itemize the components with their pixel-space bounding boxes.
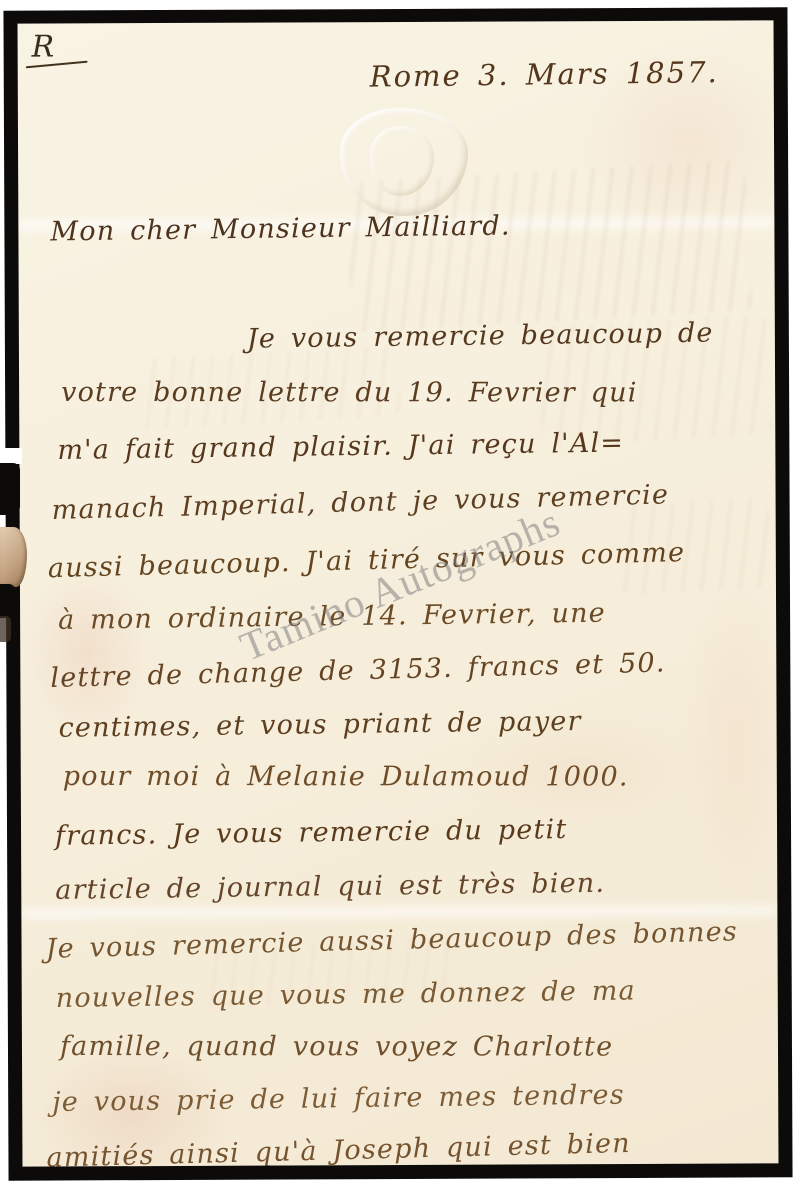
letter-line: lettre de change de 3153. francs et 50. — [50, 648, 666, 693]
paper-stain — [680, 580, 779, 900]
letter-line: Je vous remercie aussi beaucoup des bonn… — [45, 917, 738, 964]
letter-line: m'a fait grand plaisir. J'ai reçu l'Al= — [57, 429, 624, 466]
salutation: Mon cher Monsieur Mailliard. — [50, 211, 511, 247]
letter-line: pour moi à Melanie Dulamoud 1000. — [63, 762, 629, 792]
letter-paper: R Rome 3. Mars 1857. Mon cher Monsieur M… — [18, 20, 779, 1166]
letter-line: nouvelles que vous me donnez de ma — [56, 976, 636, 1013]
letter-line: aussi beaucoup. J'ai tiré sur vous comme — [48, 538, 686, 584]
dateline: Rome 3. Mars 1857. — [370, 57, 719, 93]
letter-line: manach Imperial, dont je vous remercie — [51, 480, 669, 525]
letter-line: votre bonne lettre du 19. Fevrier qui — [61, 378, 638, 408]
photo-frame: R Rome 3. Mars 1857. Mon cher Monsieur M… — [3, 7, 792, 1180]
paper-tear — [0, 527, 27, 587]
edge-bump — [0, 584, 15, 618]
letter-line: à mon ordinaire le 14. Fevrier, une — [58, 599, 606, 636]
letter-line: centimes, et vous priant de payer — [58, 707, 581, 744]
letter-line: article de journal qui est très bien. — [55, 869, 605, 906]
edge-smudge — [0, 616, 11, 642]
edge-bump — [0, 463, 20, 515]
embossed-seal — [340, 108, 468, 217]
scanned-letter-photo: R Rome 3. Mars 1857. Mon cher Monsieur M… — [0, 0, 796, 1200]
letter-line: je vous prie de lui faire mes tendres — [52, 1081, 625, 1118]
letter-line: Je vous remercie beaucoup de — [247, 319, 714, 355]
letter-line: amitiés ainsi qu'à Joseph qui est bien — [46, 1129, 631, 1167]
collector-mark: R — [32, 29, 55, 64]
edge-nick — [0, 448, 22, 464]
letter-line: famille, quand vous voyez Charlotte — [60, 1032, 613, 1062]
collector-mark-letter: R — [32, 29, 55, 64]
letter-line: francs. Je vous remercie du petit — [55, 815, 568, 851]
